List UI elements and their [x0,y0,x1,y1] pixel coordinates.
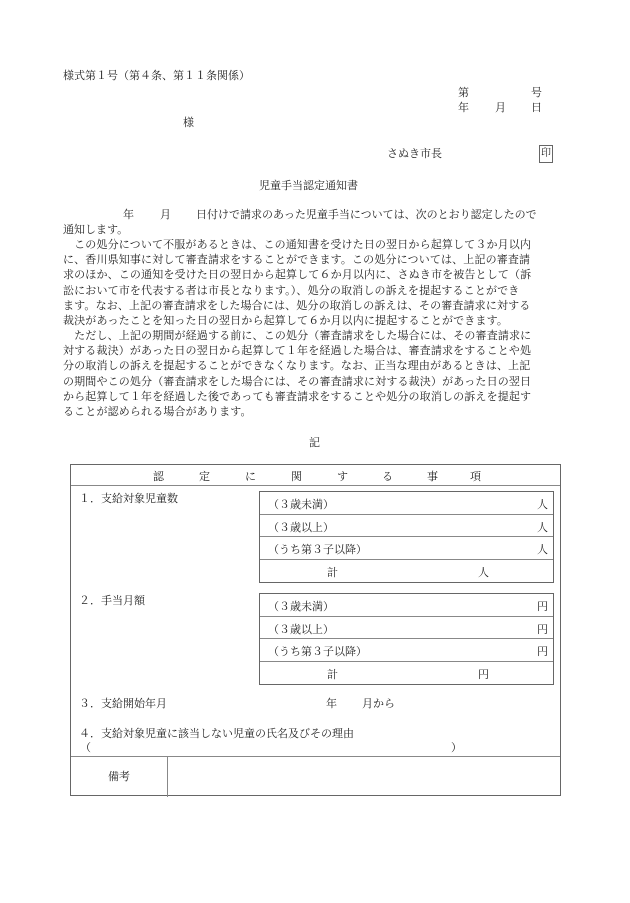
table-row: （３歳以上） 人 [260,515,553,538]
row-unit: 人 [537,496,548,512]
paragraph-line: 対する裁決）があった日の翌日から起算して１年を経過した場合は、審査請求をすること… [63,343,568,358]
row-unit: 円 [537,598,548,614]
header-char: す [337,468,348,484]
row-label: （３歳未満） [268,598,334,614]
intro-month: 月 [160,208,171,222]
table-row: （３歳以上） 円 [260,617,553,640]
section2-label: ２．手当月額 [79,594,145,608]
table-row: （３歳未満） 人 [260,492,553,515]
child-count-subtable: （３歳未満） 人 （３歳以上） 人 （うち第３子以降） 人 計 人 [259,491,554,583]
remarks-divider [167,757,168,797]
table-row: （うち第３子以降） 円 [260,639,553,662]
doc-number-prefix: 第 [458,86,469,100]
header-char: 項 [470,468,481,484]
total-label: 計 [327,564,338,580]
document-title: 児童手当認定通知書 [259,179,358,193]
row-label: （うち第３子以降） [268,643,367,659]
table-row: （うち第３子以降） 人 [260,537,553,560]
addressee-suffix: 様 [183,116,194,130]
certification-table: 認 定 に 関 す る 事 項 １．支給対象児童数 （３歳未満） 人 （３歳以上… [70,464,561,796]
doc-number-suffix: 号 [531,86,542,100]
paragraph-line: 分の取消しの訴えを提起することができなくなります。なお、正当な理由があるときは、… [63,358,568,373]
appeal-paragraph-2: ただし、上記の期間が経過する前に、この処分（審査請求をした場合には、その審査請求… [63,328,568,419]
section1-label: １．支給対象児童数 [79,492,178,506]
remarks-label: 備考 [108,770,130,784]
paragraph-line: ることが認められる場合があります。 [63,404,568,419]
row-unit: 人 [537,541,548,557]
paragraph-line: この処分について不服があるときは、この通知書を受けた日の翌日から起算して３か月以… [63,237,568,252]
intro-year: 年 [123,208,134,222]
seal-mark: 印 [539,145,553,163]
issuer-name: さぬき市長 [387,147,442,161]
total-label: 計 [327,666,338,682]
header-char: 認 [153,468,164,484]
form-number-label: 様式第１号（第４条、第１１条関係） [63,69,250,83]
monthly-amount-subtable: （３歳未満） 円 （３歳以上） 円 （うち第３子以降） 円 計 円 [259,593,554,685]
row-unit: 円 [537,621,548,637]
remarks-row: 備考 [71,756,560,797]
paragraph-line: ます。なお、上記の審査請求をした場合には、処分の取消しの訴えは、その審査請求に対… [63,298,568,313]
paragraph-line: 求のほか、この通知を受けた日の翌日から起算して６か月以内に、さぬき市を被告として… [63,267,568,282]
intro-text-line2: 通知します。 [63,223,128,237]
date-year-label: 年 [458,101,469,115]
header-char: 事 [427,468,438,484]
table-row: （３歳未満） 円 [260,594,553,617]
section3-label: ３．支給開始年月 [79,697,167,711]
row-unit: 円 [537,643,548,659]
ki-heading: 記 [309,436,320,450]
total-unit: 人 [478,564,489,580]
row-label: （うち第３子以降） [268,541,367,557]
header-char: 定 [199,468,210,484]
paragraph-line: から起算して１年を経過した後であっても審査請求をすることや処分の取消しの訴えを提… [63,389,568,404]
row-label: （３歳以上） [268,621,334,637]
total-unit: 円 [478,666,489,682]
paragraph-line: の期間やこの処分（審査請求をした場合には、その審査請求に対する裁決）があった日の… [63,374,568,389]
row-label: （３歳未満） [268,496,334,512]
row-label: （３歳以上） [268,519,334,535]
open-paren: （ [80,741,91,755]
total-row: 計 人 [260,560,553,583]
appeal-paragraph-1: この処分について不服があるときは、この通知書を受けた日の翌日から起算して３か月以… [63,237,568,328]
row-unit: 人 [537,519,548,535]
intro-text-line1: 日付けで請求のあった児童手当については、次のとおり認定したので [196,208,537,222]
paragraph-line: ただし、上記の期間が経過する前に、この処分（審査請求をした場合には、その審査請求… [63,328,568,343]
paragraph-line: 裁決があったことを知った日の翌日から起算して６か月以内に提起することができます。 [63,313,568,328]
total-row: 計 円 [260,662,553,685]
header-char: に [245,468,256,484]
table-header: 認 定 に 関 す る 事 項 [71,465,560,486]
paragraph-line: に、香川県知事に対して審査請求をすることができます。この処分については、上記の審… [63,252,568,267]
start-year-label: 年 [326,697,337,711]
paragraph-line: 訟において市を代表する者は市長となります。）、処分の取消しの訴えを提起することが… [63,283,568,298]
start-month-label: 月から [362,697,395,711]
section4-label: ４．支給対象児童に該当しない児童の氏名及びその理由 [79,727,354,741]
close-paren: ） [451,741,462,755]
date-month-label: 月 [495,101,506,115]
date-day-label: 日 [531,101,542,115]
header-char: る [382,468,393,484]
header-char: 関 [291,468,302,484]
